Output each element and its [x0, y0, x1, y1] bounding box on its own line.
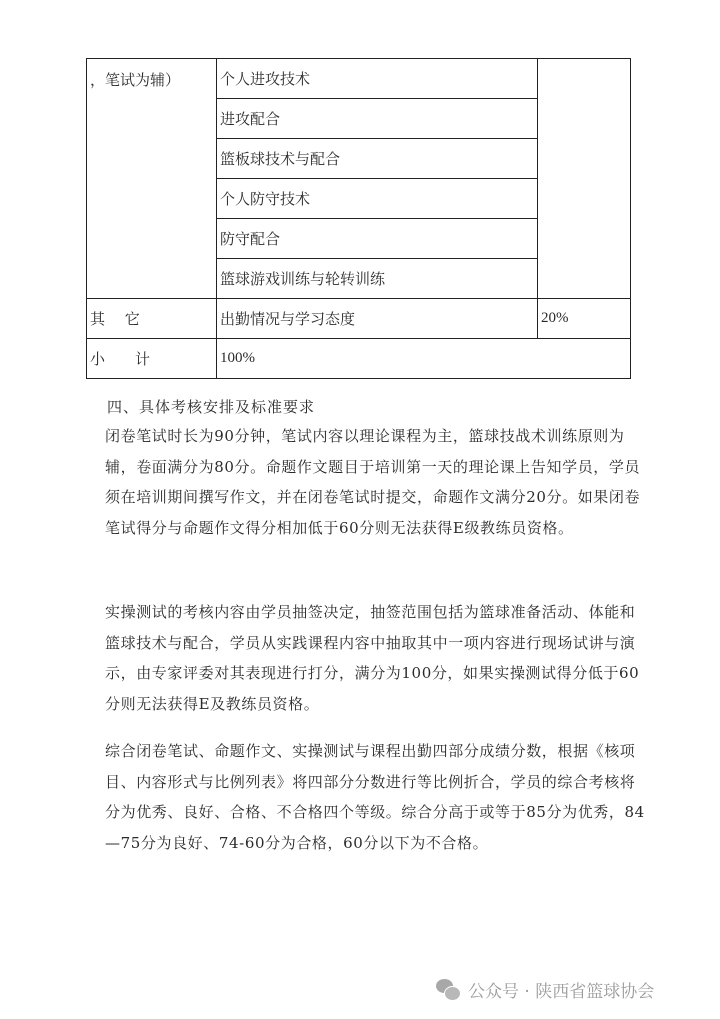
category-cell: 其 它: [87, 299, 217, 339]
wechat-icon: [436, 979, 462, 1001]
footer-watermark: 公众号 · 陕西省篮球协会: [436, 977, 654, 1002]
footer-text: 公众号 · 陕西省篮球协会: [468, 977, 654, 1002]
total-cell: 100%: [217, 339, 631, 379]
content-cell: 个人进攻技术: [217, 59, 538, 99]
content-cell: 篮球游戏训练与轮转训练: [217, 259, 538, 299]
content-cell: 篮板球技术与配合: [217, 139, 538, 179]
section-heading: 四、具体考核安排及标准要求: [107, 396, 315, 417]
content-cell: 个人防守技术: [217, 179, 538, 219]
paragraph-overall-grading: 综合闭卷笔试、命题作文、实操测试与课程出勤四部分成绩分数，根据《核项目、内容形式…: [105, 736, 645, 858]
content-cell: 进攻配合: [217, 99, 538, 139]
ratio-cell: 20%: [538, 299, 631, 339]
paragraph-written-exam: 闭卷笔试时长为90分钟，笔试内容以理论课程为主，篮球技战术训练原则为辅，卷面满分…: [105, 421, 645, 543]
table-row: 其 它 出勤情况与学习态度 20%: [87, 299, 631, 339]
category-cell: ，笔试为辅）: [87, 59, 217, 299]
category-cell: 小 计: [87, 339, 217, 379]
table-row: ，笔试为辅） 个人进攻技术: [87, 59, 631, 99]
assessment-table: ，笔试为辅） 个人进攻技术 进攻配合 篮板球技术与配合 个人防守技术 防守配合 …: [86, 58, 631, 379]
ratio-cell: [538, 59, 631, 299]
paragraph-practical-test: 实操测试的考核内容由学员抽签决定，抽签范围包括为篮球准备活动、体能和篮球技术与配…: [105, 597, 645, 719]
content-cell: 出勤情况与学习态度: [217, 299, 538, 339]
content-cell: 防守配合: [217, 219, 538, 259]
table-row: 小 计 100%: [87, 339, 631, 379]
